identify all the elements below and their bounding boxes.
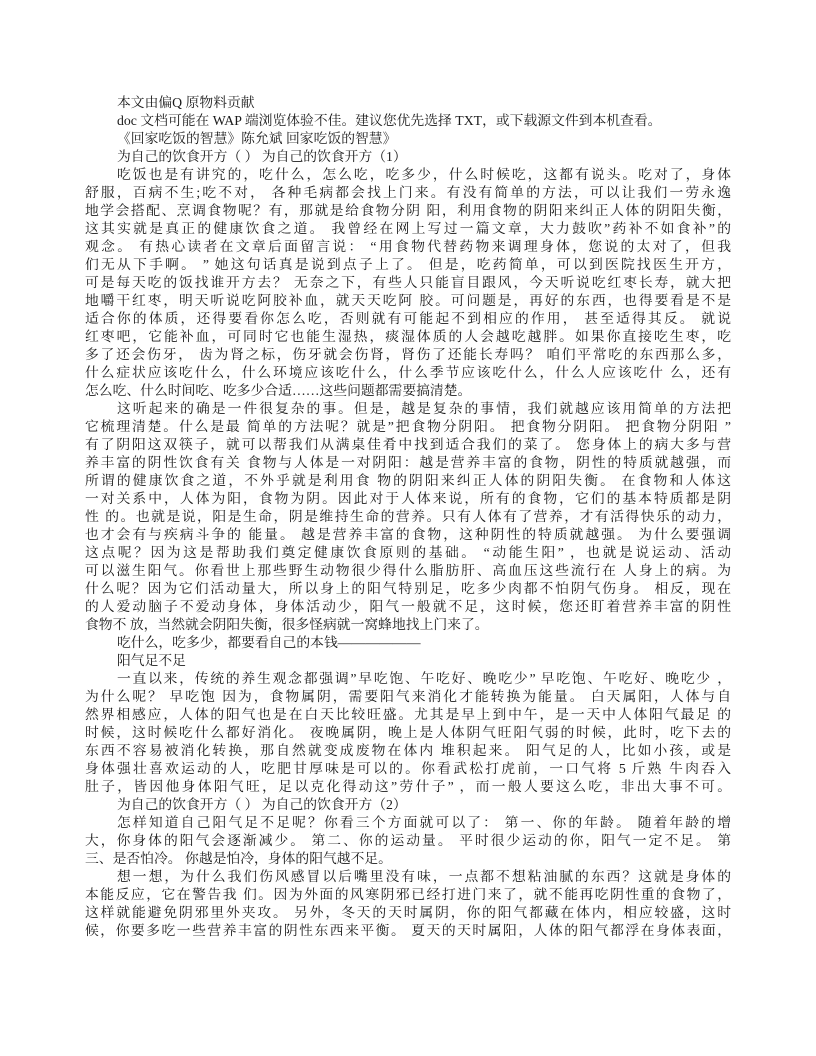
- text-line: 阳气足不足: [85, 652, 731, 670]
- text-line: 本能反应，它在警告我 们。因为外面的风寒阴邪已经打进门来了，就不能再吃阴性重的食…: [85, 886, 731, 904]
- text-line: 一直以来，传统的养生观念都强调”早吃饱、午吃好、晚吃少” 早吃饱、午吃好、晚吃少…: [85, 670, 731, 688]
- text-line: 性 的。也就是说，阳是生命，阴是维持生命的营养。只有人体有了营养，才有活得快乐的…: [85, 508, 731, 526]
- text-line: 多了还会伤牙， 齿为肾之标，伤牙就会伤肾，肾伤了还能长寿吗？ 咱们平常吃的东西那…: [85, 346, 731, 364]
- text-line: 身体强壮喜欢运动的人，吃肥甘厚味是可以的。你看武松打虎前，一口气将 5 斤熟 牛…: [85, 760, 731, 778]
- text-line: 这听起来的确是一件很复杂的事。但是，越是复杂的事情，我们就越应该用简单的方法把: [85, 400, 731, 418]
- text-line: 食物不 放，当然就会阴阳失衡，很多怪病就一窝蜂地找上门来了。: [85, 616, 731, 634]
- text-line: 吃什么，吃多少，都要看自己的本钱——————: [85, 634, 731, 652]
- text-line: 这其实就是真正的健康饮食之道。 我曾经在网上写过一篇文章，大力鼓吹”药补不如食补…: [85, 220, 731, 238]
- text-line: 时候，这时候吃什么都好消化。 夜晚属阴，晚上是人体阴气旺阳气弱的时候，此时，吃下…: [85, 724, 731, 742]
- text-line: 什么症状应该吃什么，什么环境应该吃什么，什么季节应该吃什么，什么人应该吃什 么，…: [85, 364, 731, 382]
- text-line: 养丰富的阴性饮食有关 食物与人体是一对阴阳：越是营养丰富的食物，阴性的特质就越强…: [85, 454, 731, 472]
- text-line: 也才会有与疾病斗争的 能量。 越是营养丰富的食物，这种阴性的特质就越强。 为什么…: [85, 526, 731, 544]
- text-line: doc 文档可能在 WAP 端浏览体验不佳。建议您优先选择 TXT，或下载源文件…: [85, 112, 731, 130]
- text-line: 为自己的饮食开方（ ） 为自己的饮食开方（1）: [85, 148, 731, 166]
- text-line: 一对关系中，人体为阳，食物为阴。因此对于人体来说，所有的食物，它们的基本特质都是…: [85, 490, 731, 508]
- text-line: 为自己的饮食开方（ ） 为自己的饮食开方（2）: [85, 796, 731, 814]
- text-line: 候，你要多吃一些营养丰富的阴性东西来平衡。 夏天的天时属阳，人体的阳气都浮在身体…: [85, 922, 731, 940]
- text-line: 怎样知道自己阳气足不足呢？你看三个方面就可以了： 第一、你的年龄。 随着年龄的增: [85, 814, 731, 832]
- text-line: 观念。 有热心读者在文章后面留言说： “用食物代替药物来调理身体，您说的太对了，…: [85, 238, 731, 256]
- text-line: 本文由偏Q 原物料贡献: [85, 94, 731, 112]
- text-line: 想一想，为什么我们伤风感冒以后嘴里没有味，一点都不想粘油腻的东西？这就是身体的: [85, 868, 731, 886]
- text-line: 所谓的健康饮食之道，不外乎就是利用食 物的阴阳来纠正人体的阴阳失衡。 在食物和人…: [85, 472, 731, 490]
- text-line: 地嚼干红枣，明天听说吃阿胶补血，就天天吃阿 胶。可问题是，再好的东西，也得要看是…: [85, 292, 731, 310]
- text-line: 可以滋生阳气。你看世上那些野生动物很少得什么脂肪肝、高血压这些流行在 人身上的病…: [85, 562, 731, 580]
- text-line: 的人爱动脑子不爱动身体，身体活动少，阳气一般就不足，这时候，您还盯着营养丰富的阴…: [85, 598, 731, 616]
- text-line: 们无从下手啊。 ” 她这句话真是说到点子上了。 但是，吃药简单，可以到医院找医生…: [85, 256, 731, 274]
- text-line: 红枣吧，它能补血，可同时它也能生湿热，痰湿体质的人会越吃越胖。如果你直接吃生枣，…: [85, 328, 731, 346]
- text-line: 有了阴阳这双筷子，就可以帮我们从满桌佳肴中找到适合我们的菜了。 您身体上的病大多…: [85, 436, 731, 454]
- text-line: 吃饭也是有讲究的，吃什么，怎么吃，吃多少，什么时候吃，这都有说头。吃对了，身体: [85, 166, 731, 184]
- text-line: 舒服，百病不生;吃不对， 各种毛病都会找上门来。有没有简单的方法，可以让我们一劳…: [85, 184, 731, 202]
- text-line: 什么呢？因为它们活动量大，所以身上的阳气特别足，吃多少肉都不怕阴气伤身。 相反，…: [85, 580, 731, 598]
- document-page: 本文由偏Q 原物料贡献doc 文档可能在 WAP 端浏览体验不佳。建议您优先选择…: [0, 0, 816, 1056]
- text-line: 适合你的体质，还得要看你怎么吃，否则就有可能起不到相应的作用， 甚至适得其反。 …: [85, 310, 731, 328]
- text-line: 怎么吃、什么时间吃、吃多少合适……这些问题都需要搞清楚。: [85, 382, 731, 400]
- text-line: 这点呢？因为这是帮助我们奠定健康饮食原则的基础。 “动能生阳” ，也就是说运动、…: [85, 544, 731, 562]
- text-line: 地学会搭配、烹调食物呢？有，那就是给食物分阴 阳，利用食物的阴阳来纠正人体的阴阳…: [85, 202, 731, 220]
- text-line: 可是每天吃的饭找谁开方去？ 无奈之下，有些人只能盲目跟风，今天听说吃红枣长寿，就…: [85, 274, 731, 292]
- text-line: 大，你身体的阳气会逐渐减少。 第二、你的运动量。 平时很少运动的你，阳气一定不足…: [85, 832, 731, 850]
- document-body: 本文由偏Q 原物料贡献doc 文档可能在 WAP 端浏览体验不佳。建议您优先选择…: [85, 94, 731, 940]
- text-line: 《回家吃饭的智慧》陈允斌 回家吃饭的智慧》: [85, 130, 731, 148]
- text-line: 这样就能避免阴邪里外夹攻。 另外，冬天的天时属阴，你的阳气都藏在体内，相应较盛，…: [85, 904, 731, 922]
- text-line: 然界相感应，人体的阳气也是在白天比较旺盛。尤其是早上到中午，是一天中人体阳气最足…: [85, 706, 731, 724]
- text-line: 东西不容易被消化转换，那自然就变成废物在体内 堆积起来。 阳气足的人，比如小孩，…: [85, 742, 731, 760]
- text-line: 它梳理清楚。什么是最 简单的方法呢？就是”把食物分阴阳。 把食物分阴阳。 把食物…: [85, 418, 731, 436]
- text-line: 三、是否怕冷。 你越是怕冷，身体的阳气越不足。: [85, 850, 731, 868]
- text-line: 肚子，皆因他身体阳气旺，足以克化得动这”劳什子” ，而一般人要这么吃，非出大事不…: [85, 778, 731, 796]
- text-line: 为什么呢？ 早吃饱 因为，食物属阴，需要阳气来消化才能转换为能量。 白天属阳，人…: [85, 688, 731, 706]
